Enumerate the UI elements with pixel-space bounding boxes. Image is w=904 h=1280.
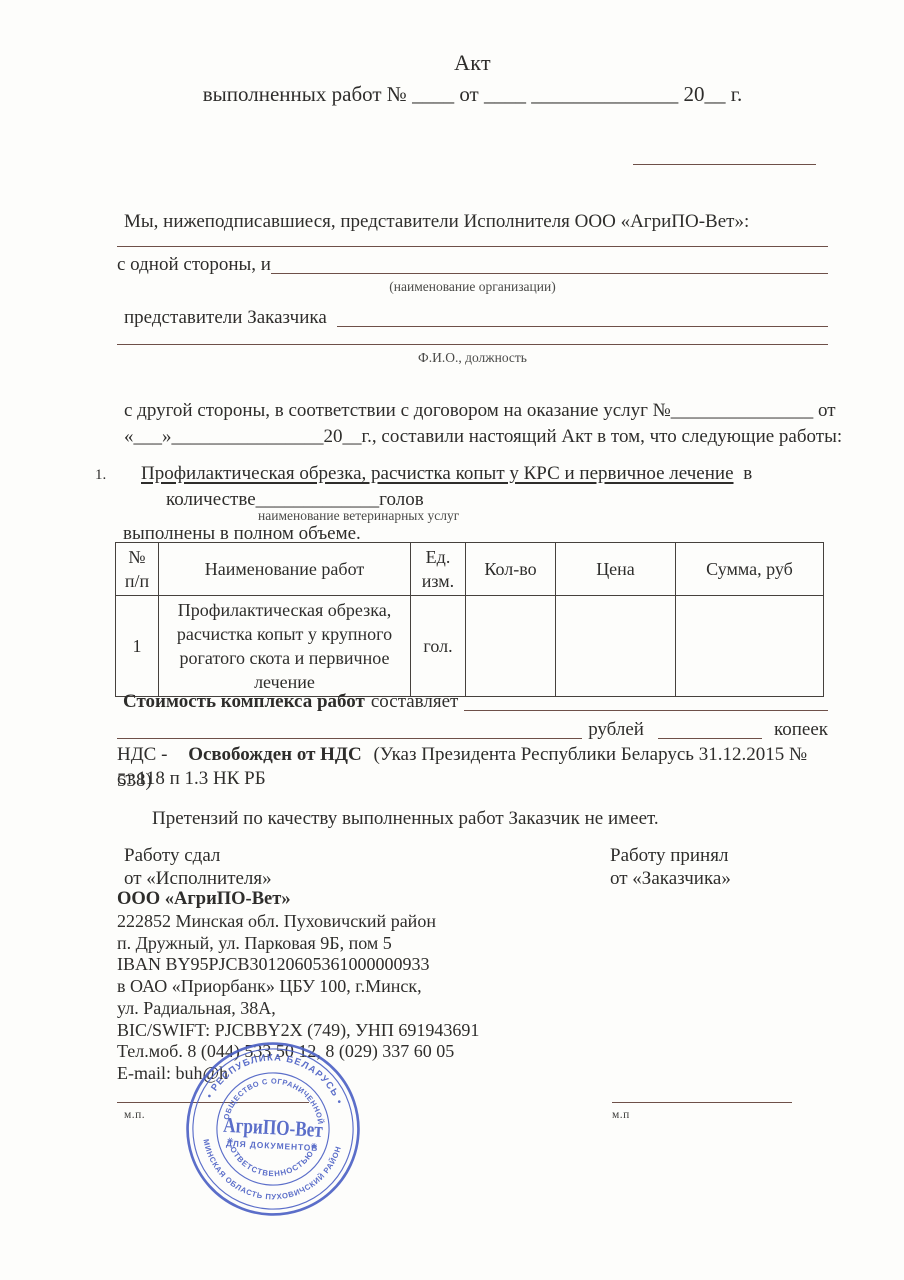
cell-sum <box>676 596 824 697</box>
intro-paragraph: Мы, нижеподписавшиеся, представители Исп… <box>124 209 835 235</box>
organization-blank-line <box>271 273 828 274</box>
contract-paragraph-line2: «___»________________20__г., составили н… <box>124 424 844 450</box>
customer-label: представители Заказчика <box>124 305 327 331</box>
rubles-label: рублей <box>588 717 644 743</box>
requisite-bank: в ОАО «Приорбанк» ЦБУ 100, г.Минск, <box>117 976 479 998</box>
cost-row: Стоимость комплекса работ составляет <box>123 689 828 715</box>
requisite-address2: п. Дружный, ул. Парковая 9Б, пом 5 <box>117 933 479 955</box>
work-item-tail: в <box>743 463 752 484</box>
date-signature-line <box>633 164 816 165</box>
cost-label-rest: составляет <box>371 689 459 715</box>
work-item-name: Профилактическая обрезка, расчистка копы… <box>141 463 734 484</box>
organization-caption: (наименование организации) <box>117 279 828 295</box>
fio-caption: Ф.И.О., должность <box>117 350 828 366</box>
stamp-company-name: АгриПО-Вет <box>223 1113 324 1142</box>
contract-paragraph-line1: с другой стороны, в соответствии с догов… <box>124 398 844 424</box>
requisite-phones: Тел.моб. 8 (044) 533 50 12, 8 (029) 337 … <box>117 1041 479 1063</box>
customer-blank-line <box>337 326 828 327</box>
stamp-inner-circle <box>214 1070 332 1188</box>
executor-company-name: ООО «АгриПО-Вет» <box>117 889 291 911</box>
claims-paragraph: Претензий по качеству выполненных работ … <box>117 806 828 832</box>
rubles-blank-line <box>117 738 582 739</box>
col-header-price: Цена <box>556 543 676 596</box>
work-handed-title: Работу сдал <box>124 845 272 868</box>
work-handed-subtitle: от «Исполнителя» <box>124 868 272 891</box>
cell-num: 1 <box>116 596 159 697</box>
col-header-unit: Ед. изм. <box>411 543 466 596</box>
cost-label-bold: Стоимость комплекса работ <box>123 689 365 715</box>
cell-name: Профилактическая обрезка, расчистка копы… <box>159 596 411 697</box>
vat-prefix: НДС - <box>117 744 167 765</box>
customer-row: представители Заказчика <box>124 305 828 331</box>
cell-unit: гол. <box>411 596 466 697</box>
requisite-bic-unp: BIC/SWIFT: PJCBBY2X (749), УНП 691943691 <box>117 1020 479 1042</box>
cell-qty <box>466 596 556 697</box>
document-subtitle: выполненных работ № ____ от ____ _______… <box>117 82 828 107</box>
col-header-name: Наименование работ <box>159 543 411 596</box>
kopecks-blank <box>658 738 762 739</box>
col-header-sum: Сумма, руб <box>676 543 824 596</box>
vat-article: ст.118 п 1.3 НК РБ <box>117 766 266 792</box>
table-header-row: № п/п Наименование работ Ед. изм. Кол-во… <box>116 543 824 596</box>
executor-requisites: 222852 Минская обл. Пуховичский район п.… <box>117 911 479 1085</box>
requisite-address1: 222852 Минская обл. Пуховичский район <box>117 911 479 933</box>
work-item-number: 1. <box>95 467 106 484</box>
act-document-page: Акт выполненных работ № ____ от ____ ___… <box>0 0 904 1280</box>
mp-right-label: м.п <box>612 1109 630 1121</box>
col-header-qty: Кол-во <box>466 543 556 596</box>
stamp-region-text: МИНСКАЯ ОБЛАСТЬ ПУХОВИЧСКИЙ РАЙОН <box>198 1138 343 1205</box>
rubles-row: рублей копеек <box>117 717 828 743</box>
col-header-num: № п/п <box>116 543 159 596</box>
requisite-bank-address: ул. Радиальная, 38А, <box>117 998 479 1020</box>
work-accepted-block: Работу принял от «Заказчика» <box>610 845 731 890</box>
mp-left-label: м.п. <box>124 1109 145 1121</box>
customer-signature-line <box>612 1102 792 1103</box>
kopecks-label: копеек <box>774 717 828 743</box>
document-title: Акт <box>117 50 828 76</box>
table-row: 1 Профилактическая обрезка, расчистка ко… <box>116 596 824 697</box>
work-accepted-subtitle: от «Заказчика» <box>610 868 731 891</box>
works-table: № п/п Наименование работ Ед. изм. Кол-во… <box>115 542 824 697</box>
work-accepted-title: Работу принял <box>610 845 731 868</box>
one-side-label: с одной стороны, и <box>117 252 271 278</box>
executor-name-line <box>117 246 828 247</box>
requisite-email: E-mail: buh@h <box>117 1063 479 1085</box>
one-side-row: с одной стороны, и <box>117 252 828 278</box>
work-handed-block: Работу сдал от «Исполнителя» <box>124 845 272 890</box>
executor-signature-line <box>117 1102 309 1103</box>
stamp-llc-bottom-text: ✳ ОТВЕТСТВЕННОСТЬЮ ✳ <box>223 1136 320 1181</box>
work-item-line1: Профилактическая обрезка, расчистка копы… <box>141 461 841 487</box>
fio-line <box>117 344 828 345</box>
stamp-for-documents-text: ДЛЯ ДОКУМЕНТОВ <box>226 1138 319 1153</box>
cell-price <box>556 596 676 697</box>
cost-blank-line <box>464 710 828 711</box>
vat-exempt: Освобожден от НДС <box>188 744 362 765</box>
requisite-iban: IBAN BY95PJCB30120605361000000933 <box>117 954 479 976</box>
works-table-wrapper: № п/п Наименование работ Ед. изм. Кол-во… <box>115 542 824 697</box>
